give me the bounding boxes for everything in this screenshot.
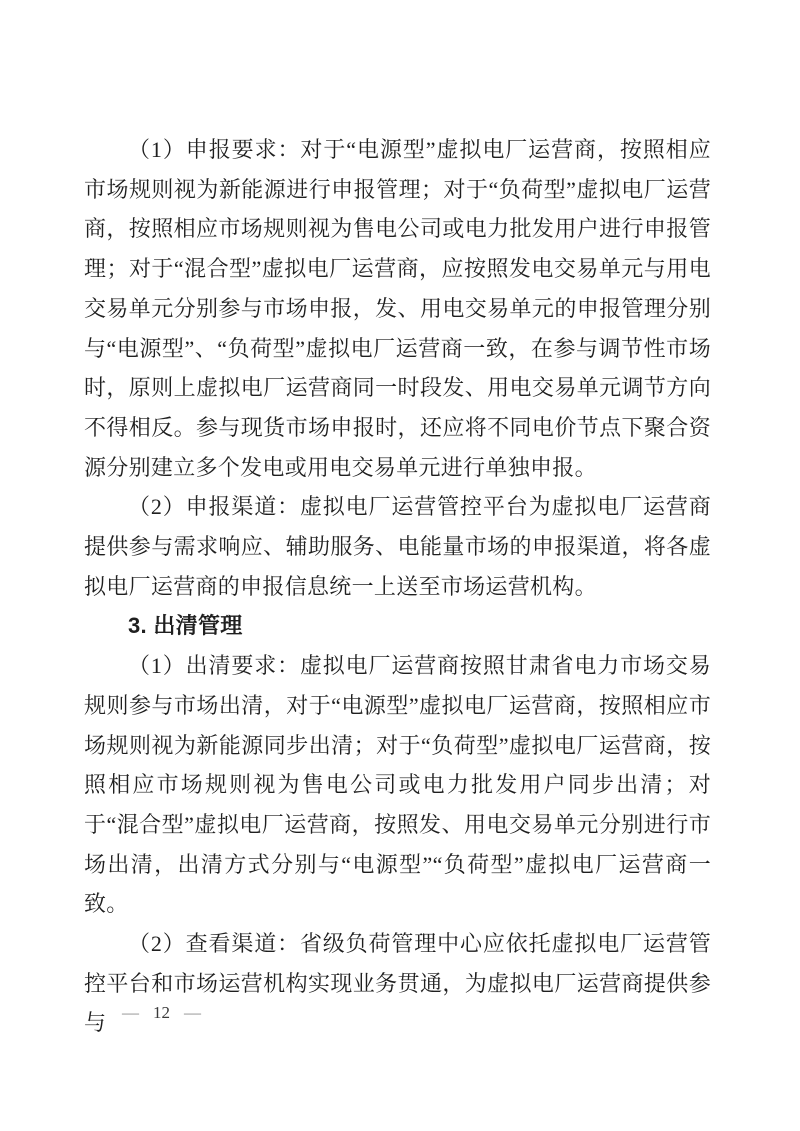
section-heading: 3. 出清管理: [84, 606, 711, 646]
footer-dash-left: —: [122, 1003, 139, 1023]
body-paragraph: （2）查看渠道：省级负荷管理中心应依托虚拟电厂运营管控平台和市场运营机构实现业务…: [84, 924, 711, 1043]
document-page: （1）申报要求：对于“电源型”虚拟电厂运营商，按照相应市场规则视为新能源进行申报…: [0, 0, 800, 1131]
body-paragraph: （1）申报要求：对于“电源型”虚拟电厂运营商，按照相应市场规则视为新能源进行申报…: [84, 130, 711, 487]
body-paragraph: （1）出清要求：虚拟电厂运营商按照甘肃省电力市场交易规则参与市场出清，对于“电源…: [84, 646, 711, 924]
footer-dash-right: —: [184, 1003, 201, 1023]
body-paragraph: （2）申报渠道：虚拟电厂运营管控平台为虚拟电厂运营商提供参与需求响应、辅助服务、…: [84, 487, 711, 606]
page-number: 12: [153, 1003, 170, 1023]
page-footer: — 12 —: [122, 1003, 201, 1023]
document-body: （1）申报要求：对于“电源型”虚拟电厂运营商，按照相应市场规则视为新能源进行申报…: [84, 130, 711, 1043]
